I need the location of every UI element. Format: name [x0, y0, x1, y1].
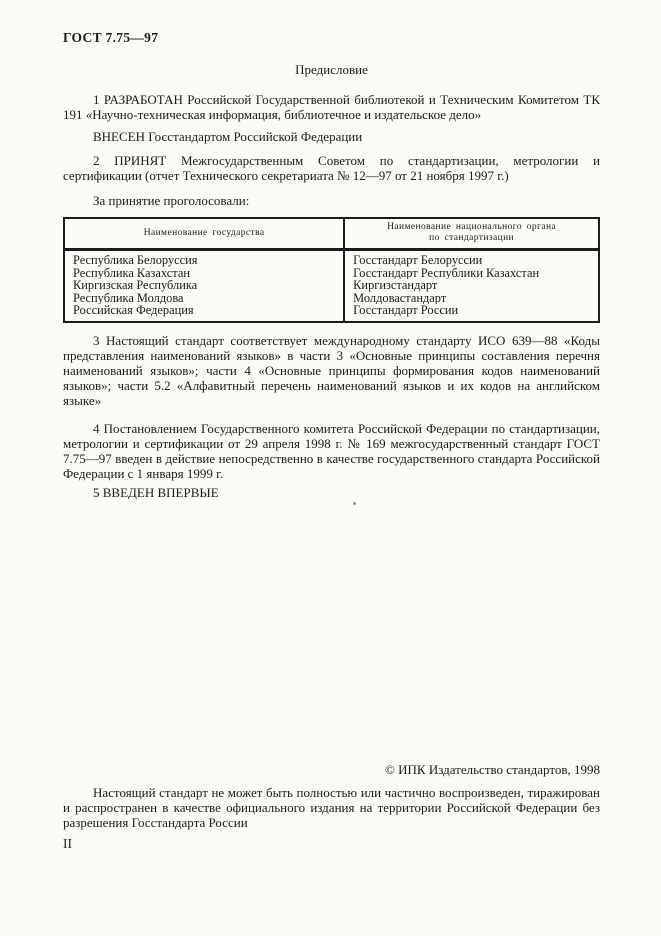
paragraph-iso-correspondence: 3 Настоящий стандарт соответствует между…: [63, 333, 600, 408]
cell-org: Молдовастандарт: [344, 292, 599, 305]
header-cell-country: Наименование государства: [64, 218, 344, 250]
table-row: Республика Казахстан Госстандарт Республ…: [64, 267, 599, 280]
cell-org: Госстандарт России: [344, 304, 599, 322]
scan-speck: [353, 502, 356, 505]
paragraph-enactment: 4 Постановлением Государственного комите…: [63, 421, 600, 481]
cell-country: Республика Белоруссия: [64, 250, 344, 267]
cell-org: Госстандарт Белоруссии: [344, 250, 599, 267]
header-org-label-line2: по стандартизации: [349, 233, 594, 244]
vote-intro: За принятие проголосовали:: [63, 193, 600, 208]
cell-country: Республика Казахстан: [64, 267, 344, 280]
paragraph-adopted: 2 ПРИНЯТ Межгосударственным Советом по с…: [63, 153, 600, 183]
table-row: Российская Федерация Госстандарт России: [64, 304, 599, 322]
paragraph-developed: 1 РАЗРАБОТАН Российской Государственной …: [63, 92, 600, 122]
copyright-line: © ИПК Издательство стандартов, 1998: [63, 762, 600, 777]
paragraph-first-introduced: 5 ВВЕДЕН ВПЕРВЫЕ: [63, 485, 600, 500]
vote-table: Наименование государства Наименование на…: [63, 217, 600, 323]
document-page: ГОСТ 7.75—97 Предисловие 1 РАЗРАБОТАН Ро…: [0, 0, 661, 936]
table-row: Республика Белоруссия Госстандарт Белору…: [64, 250, 599, 267]
header-country-label: Наименование государства: [69, 228, 339, 239]
header-cell-org: Наименование национального органа по ста…: [344, 218, 599, 250]
reproduction-notice: Настоящий стандарт не может быть полност…: [63, 785, 600, 830]
preface-title: Предисловие: [63, 62, 600, 77]
cell-country: Киргизская Республика: [64, 279, 344, 292]
cell-org: Киргизстандарт: [344, 279, 599, 292]
vote-table-header-row: Наименование государства Наименование на…: [64, 218, 599, 250]
table-row: Республика Молдова Молдовастандарт: [64, 292, 599, 305]
header-org-label-line1: Наименование национального органа: [349, 222, 594, 233]
doc-code: ГОСТ 7.75—97: [63, 30, 600, 45]
page-number: II: [63, 836, 600, 851]
table-row: Киргизская Республика Киргизстандарт: [64, 279, 599, 292]
cell-country: Республика Молдова: [64, 292, 344, 305]
cell-org: Госстандарт Республики Казахстан: [344, 267, 599, 280]
cell-country: Российская Федерация: [64, 304, 344, 322]
paragraph-submitted: ВНЕСЕН Госстандартом Российской Федераци…: [63, 129, 600, 144]
page-content: ГОСТ 7.75—97 Предисловие 1 РАЗРАБОТАН Ро…: [0, 0, 661, 851]
